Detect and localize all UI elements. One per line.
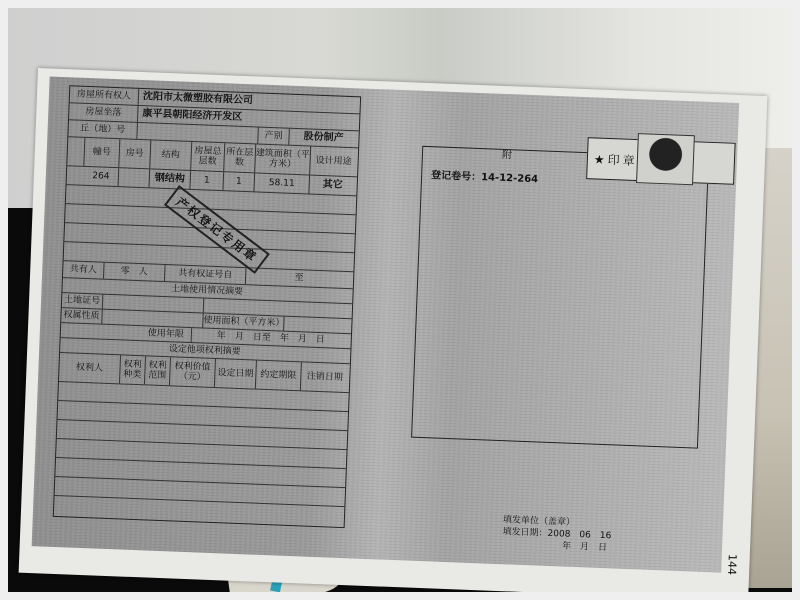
location-label: 房屋坐落 xyxy=(69,103,139,122)
coowner-label: 共有人 xyxy=(63,261,105,279)
coowner-value: 零 人 xyxy=(104,263,166,281)
land-term-label: 使用年限 xyxy=(141,326,192,342)
side-label xyxy=(67,137,85,166)
land-nature-label: 权属性质 xyxy=(61,308,103,324)
land-cert-label: 土地证号 xyxy=(62,293,104,309)
property-value: 股份制产 xyxy=(289,129,358,148)
photo: 房屋所有权人 沈阳市太微塑胶有限公司 房屋坐落 康平县朝阳经济开发区 丘（地）号… xyxy=(8,8,792,592)
property-label: 产别 xyxy=(258,128,290,145)
col-header: 设计用途 xyxy=(310,147,357,177)
lot-label: 丘（地）号 xyxy=(68,120,138,139)
seal-emblem-icon xyxy=(636,133,695,185)
col-header: 房号 xyxy=(119,139,151,168)
issue-date-value: 2008 06 16 xyxy=(547,529,611,541)
col-header: 幢号 xyxy=(84,138,120,167)
issue-info: 填发单位（盖章） 填发日期：2008 06 16 年 月 日 xyxy=(502,514,612,554)
issue-date-label: 填发日期： xyxy=(502,527,547,539)
col-header: 建筑面积（平方米） xyxy=(255,144,311,174)
page-number: 144 xyxy=(725,554,739,575)
certificate-sheet: 房屋所有权人 沈阳市太微塑胶有限公司 房屋坐落 康平县朝阳经济开发区 丘（地）号… xyxy=(19,68,768,592)
col-header: 所在层数 xyxy=(224,143,256,172)
property-form: 房屋所有权人 沈阳市太微塑胶有限公司 房屋坐落 康平县朝阳经济开发区 丘（地）号… xyxy=(53,85,361,528)
attach-label: 附 xyxy=(502,146,513,161)
attachment-box xyxy=(411,146,709,449)
photocopy-area: 房屋所有权人 沈阳市太微塑胶有限公司 房屋坐落 康平县朝阳经济开发区 丘（地）号… xyxy=(32,76,740,572)
col-header: 房屋总层数 xyxy=(191,142,225,171)
coowner-cert-label: 共有权证号自 xyxy=(165,265,247,284)
col-header: 结构 xyxy=(150,140,192,170)
owner-label: 房屋所有权人 xyxy=(70,86,140,105)
